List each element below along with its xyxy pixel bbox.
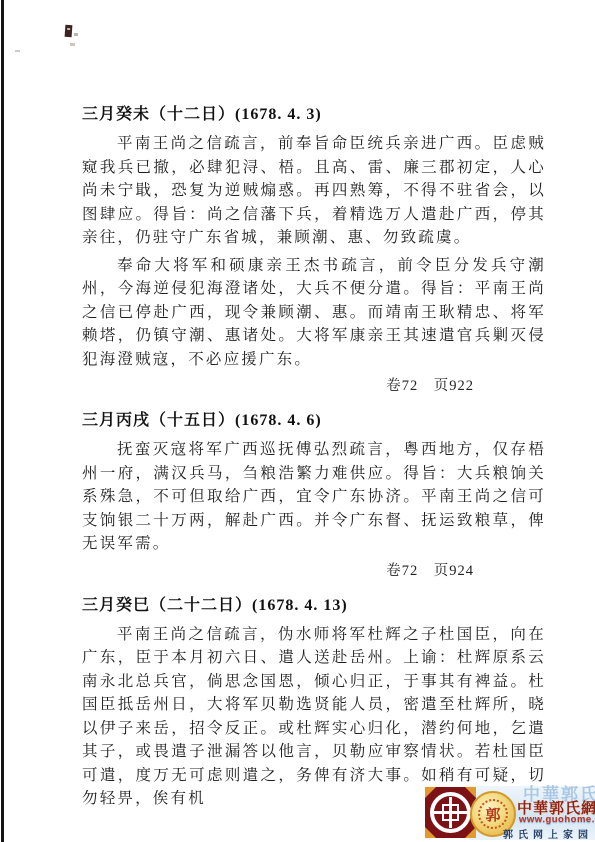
watermark-url: www.guohome.org xyxy=(519,814,595,825)
page-content: 三月癸未（十二日）(1678. 4. 3) 平南王尚之信疏言，前奉旨命臣统兵亲进… xyxy=(82,0,546,836)
scan-speck xyxy=(70,43,75,46)
ink-stamp-mark xyxy=(65,25,73,37)
section-entry-3: 三月癸巳（二十二日）(1678. 4. 13) 平南王尚之信疏言，伪水师将军杜辉… xyxy=(82,596,546,811)
entry-paragraph: 平南王尚之信疏言，伪水师将军杜辉之子杜国臣，向在广东，臣于本月初六日、遣人送赴岳… xyxy=(82,623,546,811)
entry-heading: 三月癸未（十二日）(1678. 4. 3) xyxy=(82,105,546,125)
scanned-book-page: 三月癸未（十二日）(1678. 4. 3) 平南王尚之信疏言，前奉旨命臣统兵亲进… xyxy=(0,0,595,842)
volume-page-reference: 卷72 页924 xyxy=(82,563,546,580)
scan-speck xyxy=(74,33,78,36)
entry-paragraph: 奉命大将军和硕康亲王杰书疏言，前令臣分发兵守潮州，今海逆侵犯海澄诸处，大兵不便分… xyxy=(82,254,546,372)
entry-paragraph: 抚蛮灭寇将军广西巡抚傅弘烈疏言，粤西地方，仅存梧州一府，满汉兵马，刍粮浩繁力难供… xyxy=(82,438,546,556)
entry-heading: 三月丙戌（十五日）(1678. 4. 6) xyxy=(82,411,546,431)
guohome-watermark: 郭 中華郭氏網 中華郭氏網 www.guohome.org 郭氏网上家园 xyxy=(425,784,595,840)
seal-corner-ornament xyxy=(425,827,436,838)
coin-seal-character: 郭 xyxy=(485,804,500,825)
red-square-seal-icon xyxy=(425,787,476,838)
gold-coin-inner-ring: 郭 xyxy=(478,799,508,829)
section-entry-1: 三月癸未（十二日）(1678. 4. 3) 平南王尚之信疏言，前奉旨命臣统兵亲进… xyxy=(82,105,546,395)
volume-page-reference: 卷72 页922 xyxy=(82,378,546,395)
entry-paragraph: 平南王尚之信疏言，前奉旨命臣统兵亲进广西。臣虑贼窥我兵已撤，必肆犯浔、梧。且高、… xyxy=(82,132,546,250)
seal-corner-ornament xyxy=(465,787,476,798)
seal-lattice xyxy=(442,804,459,821)
scan-speck xyxy=(15,50,20,52)
scan-edge-line xyxy=(1,0,4,842)
watermark-tagline: 郭氏网上家园 xyxy=(503,826,593,841)
entry-heading: 三月癸巳（二十二日）(1678. 4. 13) xyxy=(82,596,546,616)
section-entry-2: 三月丙戌（十五日）(1678. 4. 6) 抚蛮灭寇将军广西巡抚傅弘烈疏言，粤西… xyxy=(82,411,546,580)
seal-corner-ornament xyxy=(425,787,436,798)
